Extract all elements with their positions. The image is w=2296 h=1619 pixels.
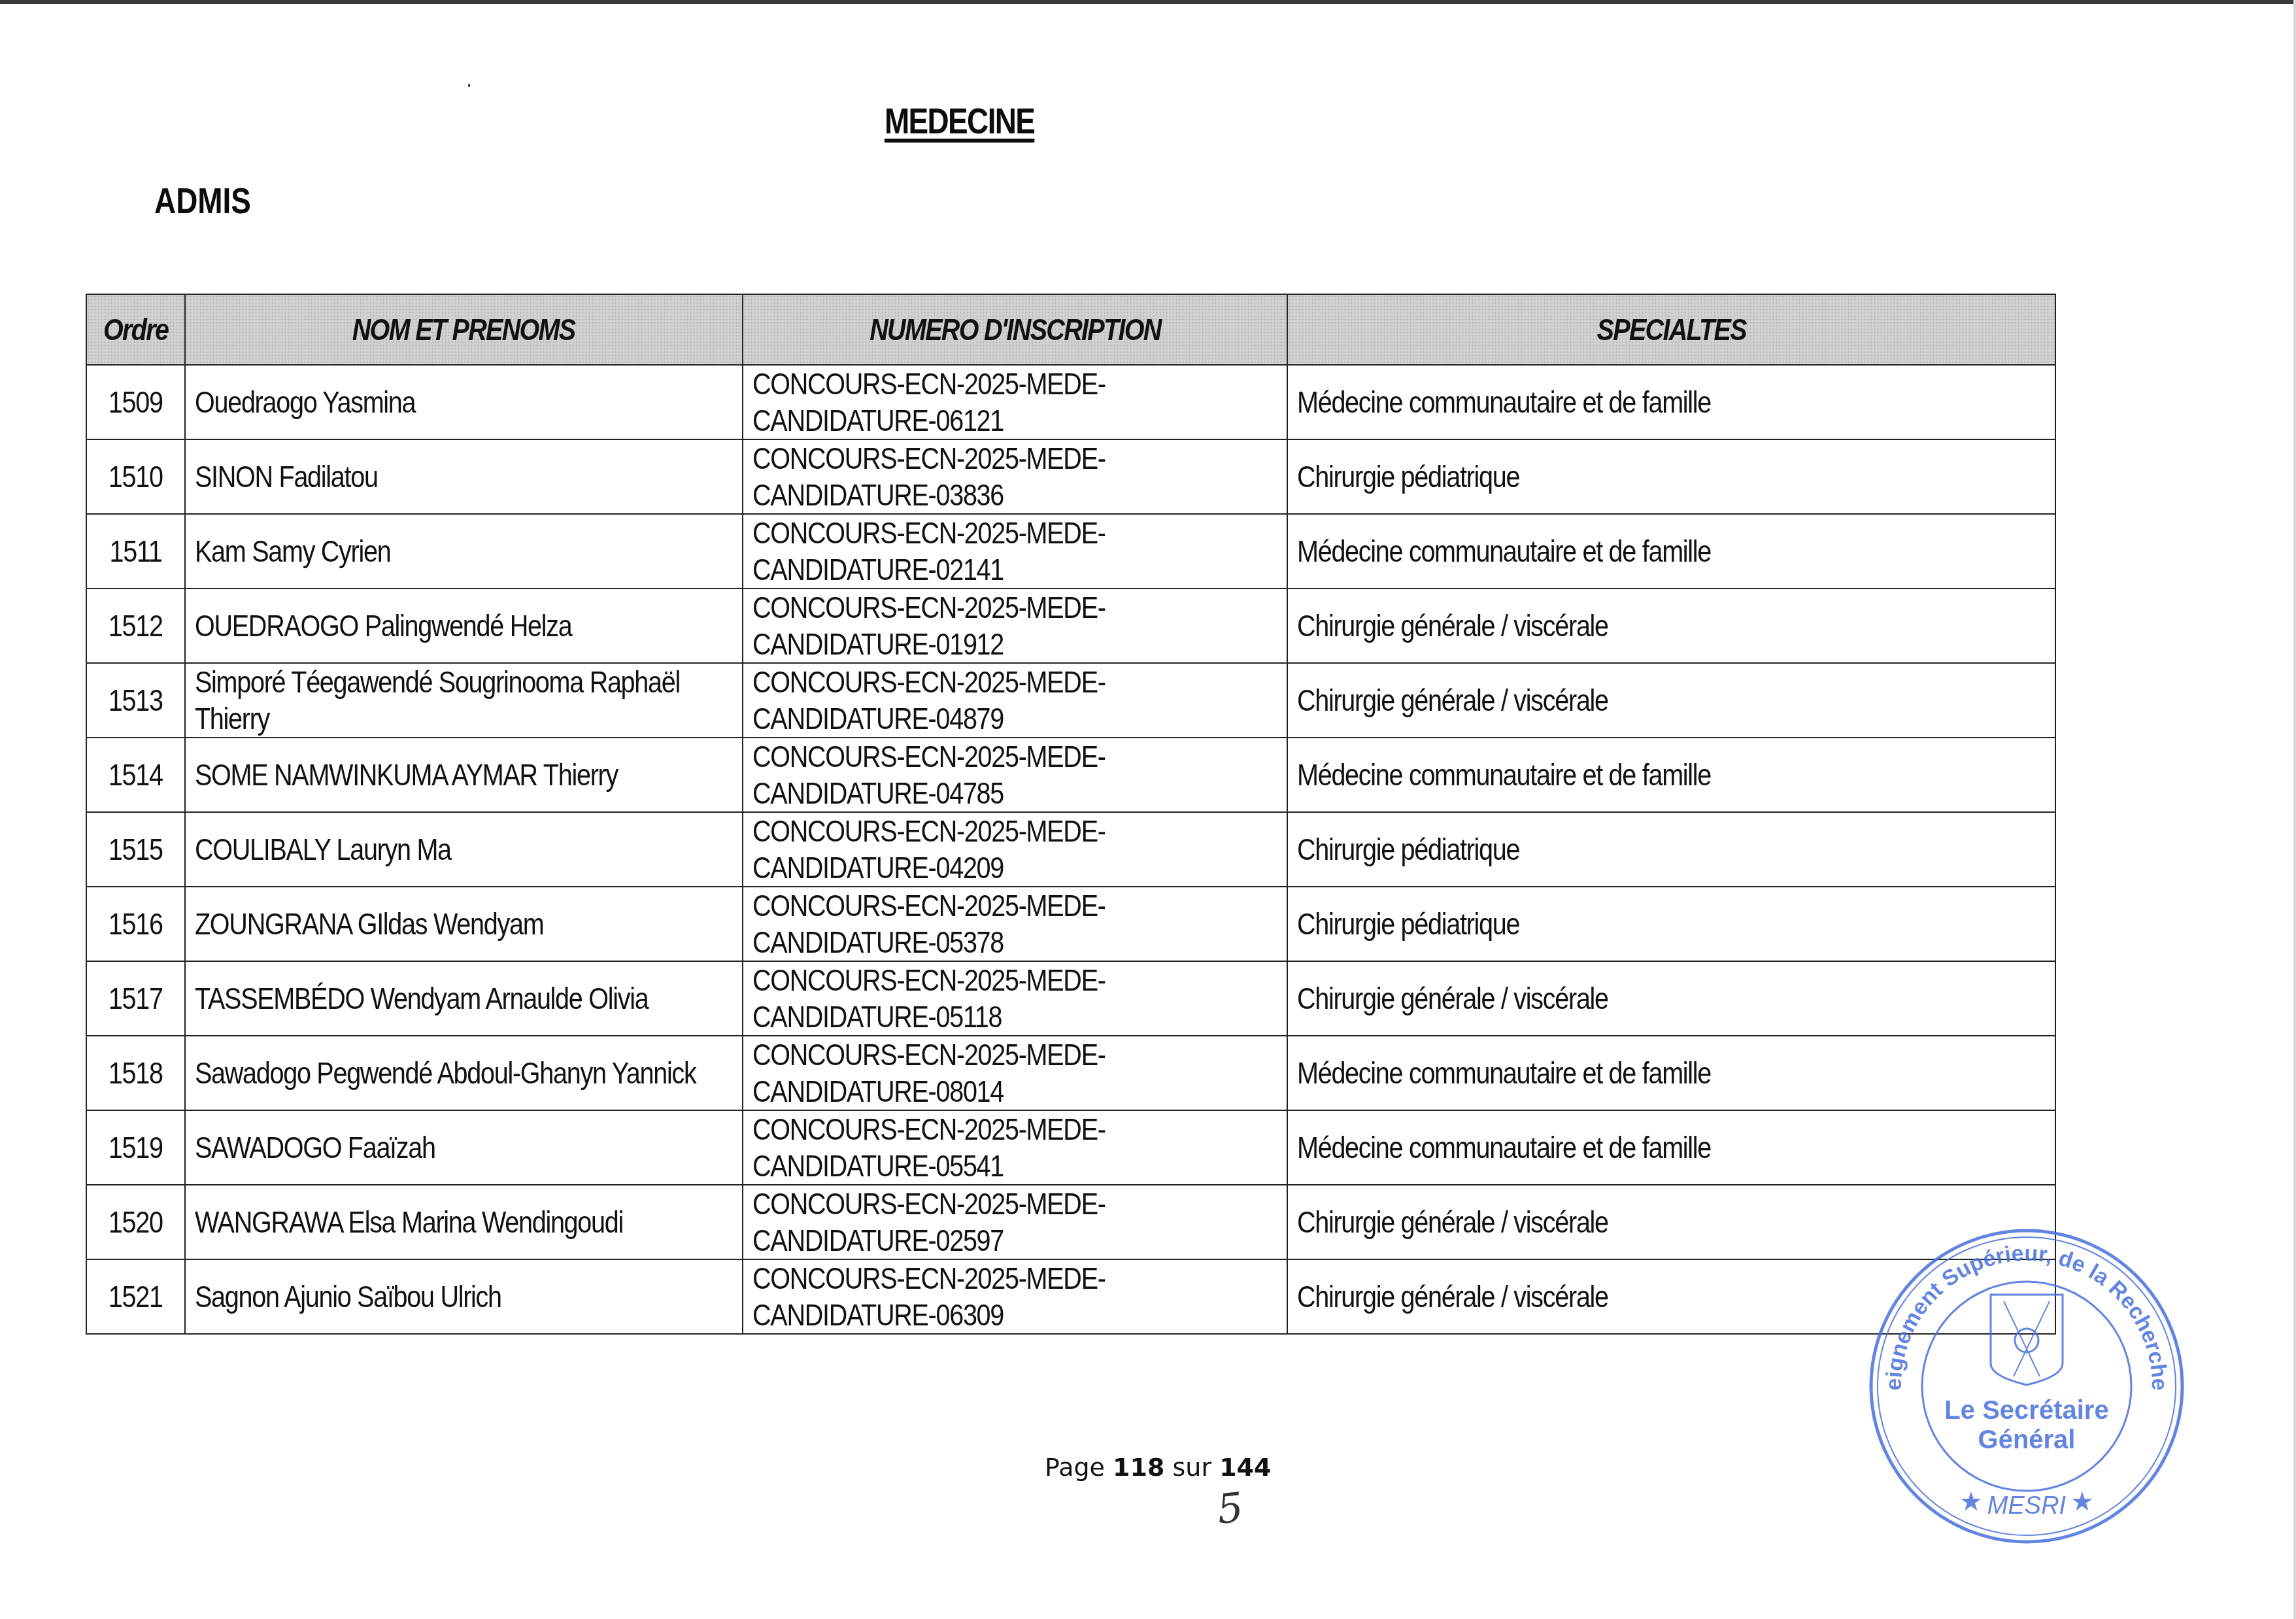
- cell-specialite: Chirurgie pédiatrique: [1287, 812, 2055, 887]
- page-of-word: sur: [1173, 1453, 1212, 1482]
- cell-numero-inscription: CONCOURS-ECN-2025-MEDE-CANDIDATURE-04879: [743, 663, 1287, 738]
- cell-numero-inscription: CONCOURS-ECN-2025-MEDE-CANDIDATURE-05541: [743, 1110, 1287, 1185]
- cell-ordre: 1514: [86, 738, 185, 812]
- page-total: 144: [1219, 1453, 1271, 1482]
- table-row: 1517TASSEMBÉDO Wendyam Arnaulde OliviaCO…: [86, 961, 2055, 1036]
- cell-numero-inscription: CONCOURS-ECN-2025-MEDE-CANDIDATURE-04785: [743, 738, 1287, 812]
- cell-ordre: 1512: [86, 588, 185, 663]
- cell-nom-prenoms: SINON Fadilatou: [185, 439, 743, 514]
- page-number: Page 118 sur 144: [1045, 1453, 1271, 1482]
- cell-specialite: Médecine communautaire et de famille: [1287, 738, 2055, 812]
- admitted-candidates-table: Ordre NOM ET PRENOMS NUMERO D'INSCRIPTIO…: [86, 294, 2056, 1335]
- cell-ordre: 1511: [86, 514, 185, 588]
- svg-text:Le Secrétaire: Le Secrétaire: [1944, 1396, 2108, 1425]
- cell-specialite: Chirurgie générale / viscérale: [1287, 663, 2055, 738]
- svg-text:Général: Général: [1978, 1425, 2076, 1454]
- header-numero-inscription: NUMERO D'INSCRIPTION: [743, 294, 1287, 365]
- header-nom-prenoms: NOM ET PRENOMS: [185, 294, 743, 365]
- cell-nom-prenoms: WANGRAWA Elsa Marina Wendingoudi: [185, 1185, 743, 1259]
- cell-numero-inscription: CONCOURS-ECN-2025-MEDE-CANDIDATURE-03836: [743, 439, 1287, 514]
- cell-numero-inscription: CONCOURS-ECN-2025-MEDE-CANDIDATURE-02597: [743, 1185, 1287, 1259]
- cell-nom-prenoms: Sawadogo Pegwendé Abdoul-Ghanyn Yannick: [185, 1036, 743, 1110]
- cell-specialite: Chirurgie générale / viscérale: [1287, 961, 2055, 1036]
- cell-numero-inscription: CONCOURS-ECN-2025-MEDE-CANDIDATURE-08014: [743, 1036, 1287, 1110]
- cell-specialite: Chirurgie générale / viscérale: [1287, 588, 2055, 663]
- scan-edge-right: [2293, 0, 2296, 1619]
- svg-text:★: ★: [2070, 1488, 2094, 1516]
- cell-specialite: Chirurgie pédiatrique: [1287, 887, 2055, 961]
- page-word: Page: [1045, 1453, 1105, 1482]
- header-ordre: Ordre: [86, 294, 185, 365]
- cell-ordre: 1518: [86, 1036, 185, 1110]
- cell-numero-inscription: CONCOURS-ECN-2025-MEDE-CANDIDATURE-05378: [743, 887, 1287, 961]
- cell-ordre: 1521: [86, 1259, 185, 1334]
- cell-specialite: Médecine communautaire et de famille: [1287, 365, 2055, 439]
- svg-text:Ministère de l'Enseignement Su: Ministère de l'Enseignement Supérieur, d…: [1863, 1223, 2172, 1391]
- cell-ordre: 1517: [86, 961, 185, 1036]
- table-row: 1512OUEDRAOGO Palingwendé HelzaCONCOURS-…: [86, 588, 2055, 663]
- table-row: 1518Sawadogo Pegwendé Abdoul-Ghanyn Yann…: [86, 1036, 2055, 1110]
- cell-ordre: 1520: [86, 1185, 185, 1259]
- cell-ordre: 1509: [86, 365, 185, 439]
- header-specialites: SPECIALTES: [1287, 294, 2055, 365]
- cell-nom-prenoms: Ouedraogo Yasmina: [185, 365, 743, 439]
- table-row: 1520WANGRAWA Elsa Marina WendingoudiCONC…: [86, 1185, 2055, 1259]
- cell-nom-prenoms: TASSEMBÉDO Wendyam Arnaulde Olivia: [185, 961, 743, 1036]
- table-body: 1509Ouedraogo YasminaCONCOURS-ECN-2025-M…: [86, 365, 2055, 1334]
- cell-nom-prenoms: Simporé Téegawendé Sougrinooma Raphaël T…: [185, 663, 743, 738]
- cell-nom-prenoms: SAWADOGO Faaïzah: [185, 1110, 743, 1185]
- cell-numero-inscription: CONCOURS-ECN-2025-MEDE-CANDIDATURE-06309: [743, 1259, 1287, 1334]
- cell-nom-prenoms: OUEDRAOGO Palingwendé Helza: [185, 588, 743, 663]
- table-row: 1510SINON FadilatouCONCOURS-ECN-2025-MED…: [86, 439, 2055, 514]
- cell-numero-inscription: CONCOURS-ECN-2025-MEDE-CANDIDATURE-04209: [743, 812, 1287, 887]
- cell-numero-inscription: CONCOURS-ECN-2025-MEDE-CANDIDATURE-06121: [743, 365, 1287, 439]
- cell-ordre: 1510: [86, 439, 185, 514]
- section-title: ADMIS: [154, 179, 251, 222]
- cell-nom-prenoms: ZOUNGRANA GIldas Wendyam: [185, 887, 743, 961]
- cell-nom-prenoms: COULIBALY Lauryn Ma: [185, 812, 743, 887]
- cell-numero-inscription: CONCOURS-ECN-2025-MEDE-CANDIDATURE-05118: [743, 961, 1287, 1036]
- cell-numero-inscription: CONCOURS-ECN-2025-MEDE-CANDIDATURE-02141: [743, 514, 1287, 588]
- cell-ordre: 1516: [86, 887, 185, 961]
- cell-ordre: 1515: [86, 812, 185, 887]
- cell-specialite: Médecine communautaire et de famille: [1287, 1110, 2055, 1185]
- table-row: 1509Ouedraogo YasminaCONCOURS-ECN-2025-M…: [86, 365, 2055, 439]
- handwritten-correction: 5: [1215, 1483, 1245, 1533]
- table-header-row: Ordre NOM ET PRENOMS NUMERO D'INSCRIPTIO…: [86, 294, 2055, 365]
- scan-speck: [468, 84, 470, 87]
- table-row: 1513Simporé Téegawendé Sougrinooma Rapha…: [86, 663, 2055, 738]
- scan-edge-top: [0, 0, 2296, 4]
- table-row: 1516ZOUNGRANA GIldas WendyamCONCOURS-ECN…: [86, 887, 2055, 961]
- cell-ordre: 1513: [86, 663, 185, 738]
- page-current: 118: [1113, 1453, 1164, 1482]
- cell-nom-prenoms: SOME NAMWINKUMA AYMAR Thierry: [185, 738, 743, 812]
- cell-nom-prenoms: Sagnon Ajunio Saïbou Ulrich: [185, 1259, 743, 1334]
- cell-nom-prenoms: Kam Samy Cyrien: [185, 514, 743, 588]
- document-title: MEDECINE: [885, 99, 1034, 142]
- cell-specialite: Médecine communautaire et de famille: [1287, 514, 2055, 588]
- official-stamp-icon: Ministère de l'Enseignement Supérieur, d…: [1863, 1223, 2190, 1550]
- svg-text:MESRI: MESRI: [1987, 1492, 2067, 1520]
- cell-specialite: Médecine communautaire et de famille: [1287, 1036, 2055, 1110]
- table-row: 1519SAWADOGO FaaïzahCONCOURS-ECN-2025-ME…: [86, 1110, 2055, 1185]
- table-row: 1515COULIBALY Lauryn MaCONCOURS-ECN-2025…: [86, 812, 2055, 887]
- cell-ordre: 1519: [86, 1110, 185, 1185]
- cell-numero-inscription: CONCOURS-ECN-2025-MEDE-CANDIDATURE-01912: [743, 588, 1287, 663]
- cell-specialite: Chirurgie pédiatrique: [1287, 439, 2055, 514]
- svg-text:★: ★: [1959, 1488, 1983, 1516]
- table-row: 1521Sagnon Ajunio Saïbou UlrichCONCOURS-…: [86, 1259, 2055, 1334]
- table-row: 1514SOME NAMWINKUMA AYMAR ThierryCONCOUR…: [86, 738, 2055, 812]
- table-row: 1511Kam Samy CyrienCONCOURS-ECN-2025-MED…: [86, 514, 2055, 588]
